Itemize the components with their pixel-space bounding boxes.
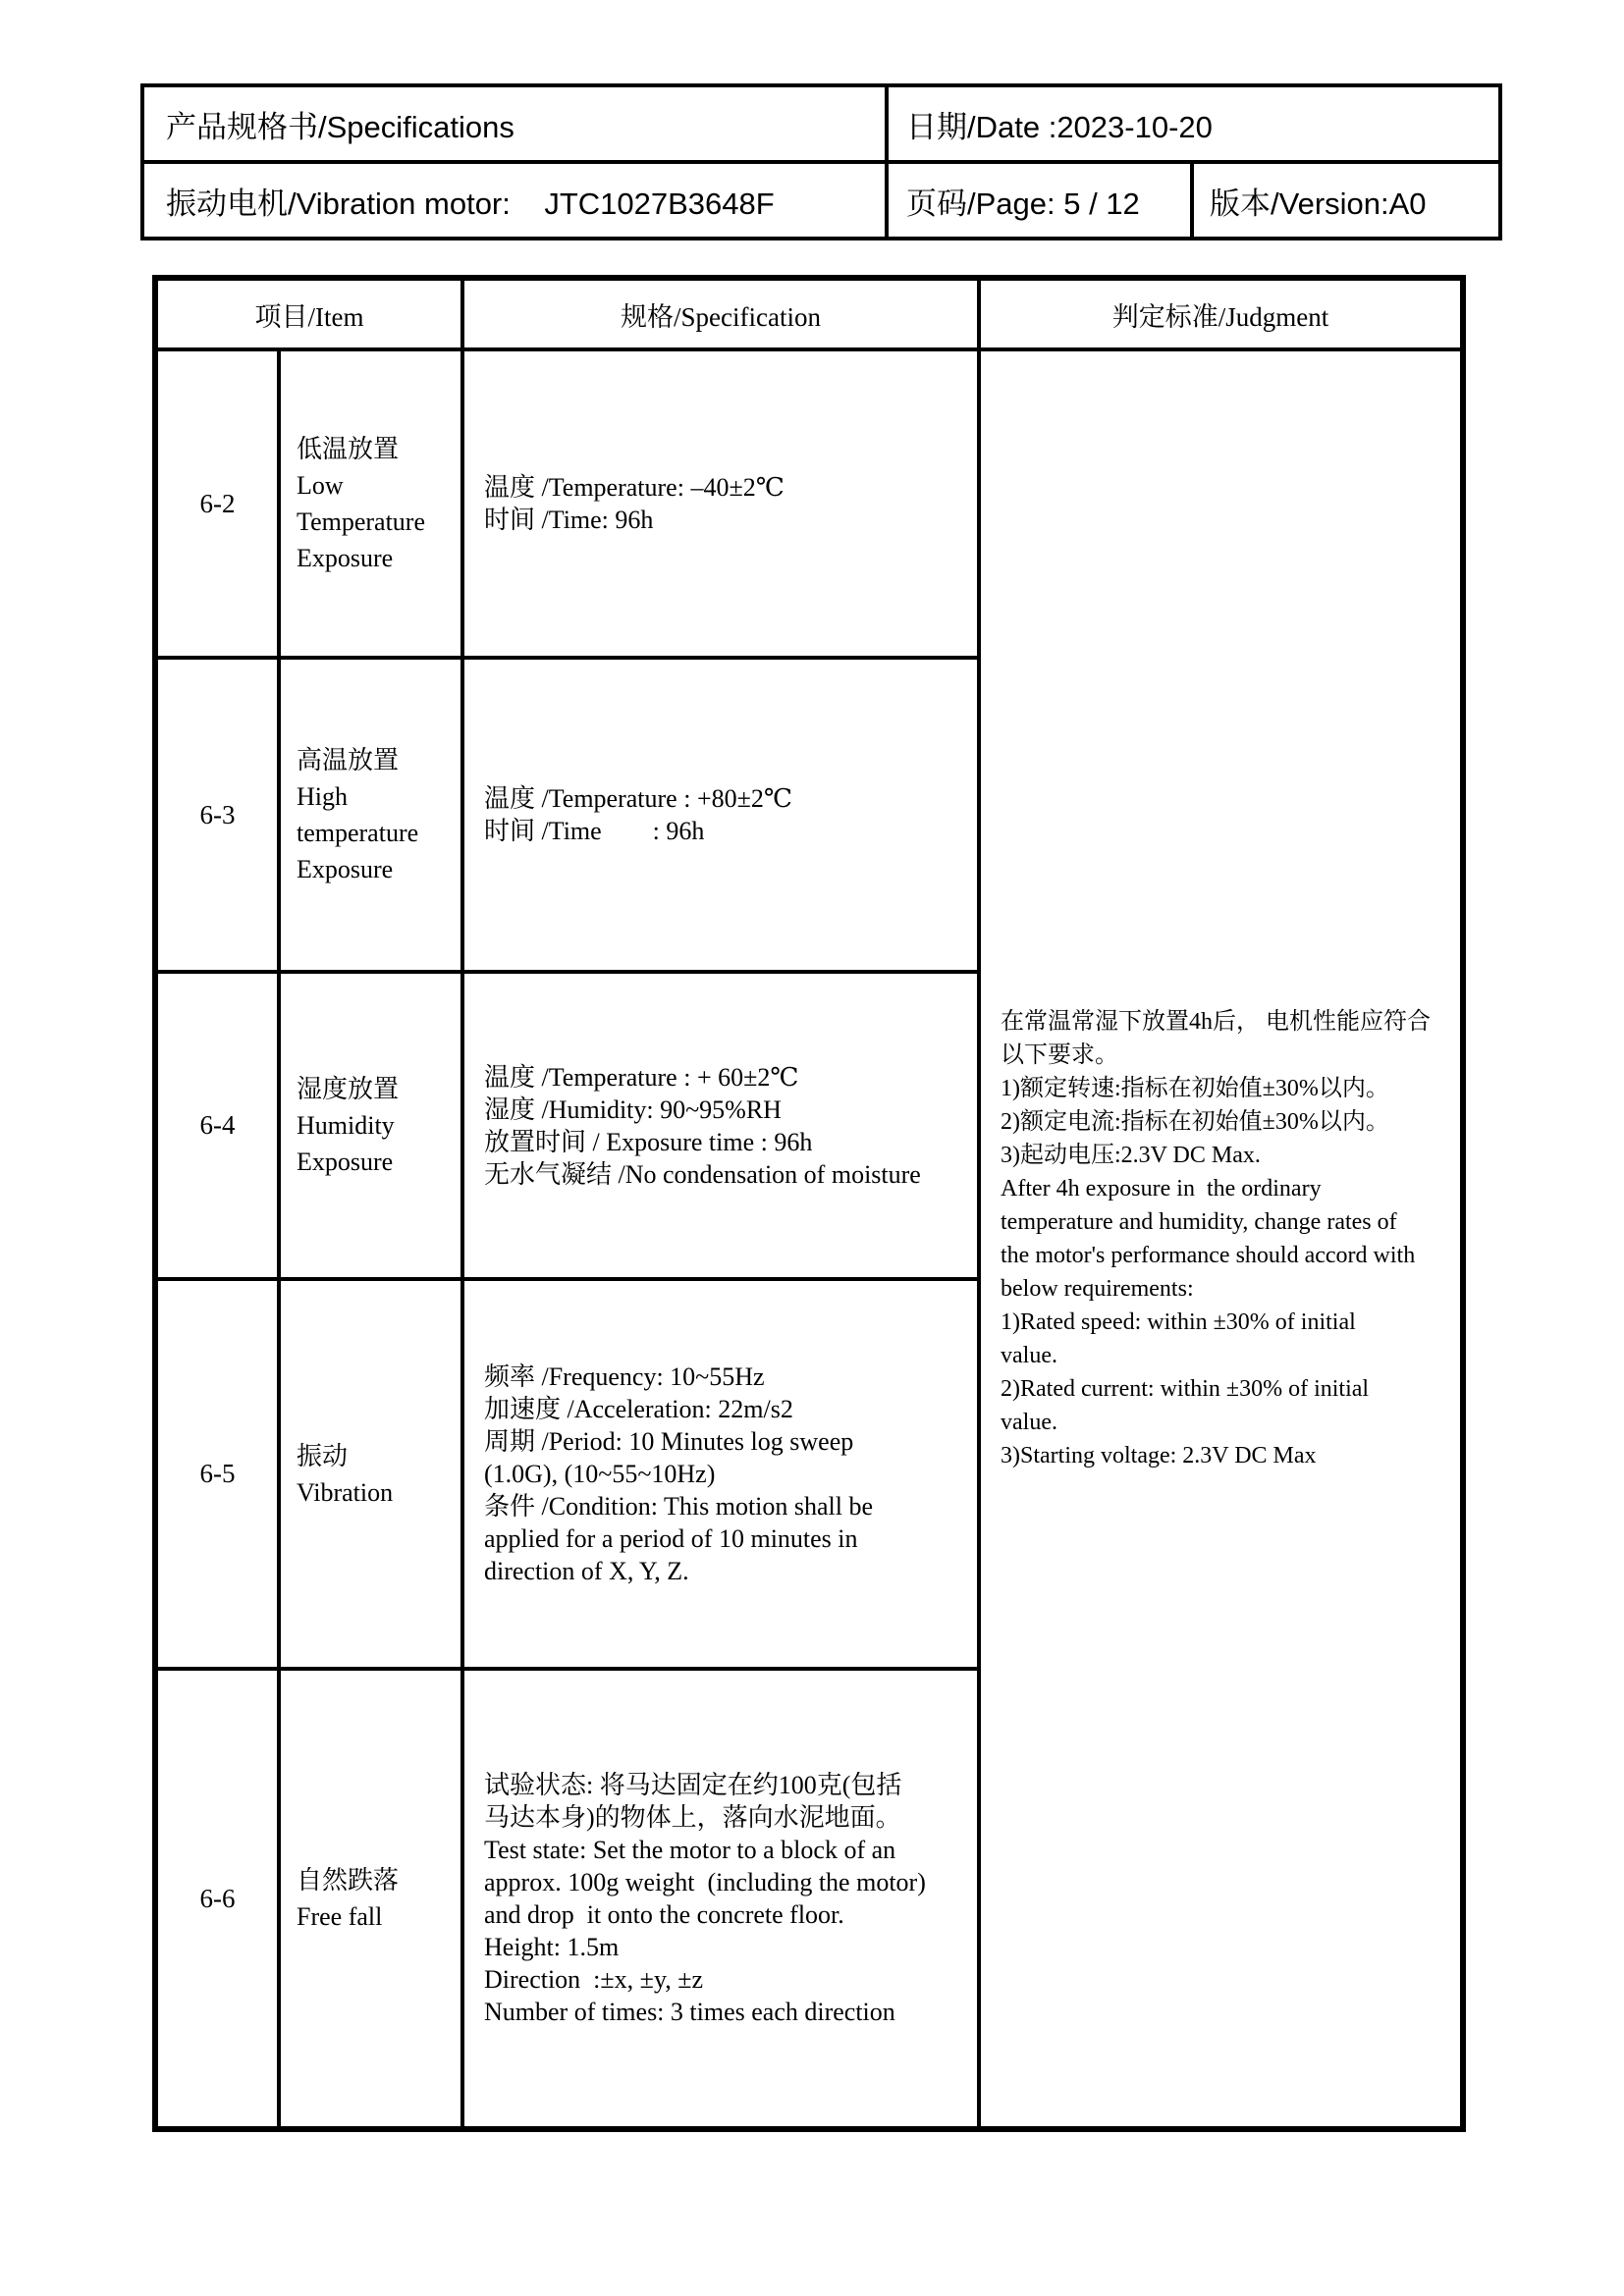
item-spec-6-6: 试验状态: 将马达固定在约100克(包括 马达本身)的物体上，落向水泥地面。 T… <box>464 1671 981 2126</box>
item-name-6-4: 湿度放置 Humidity Exposure <box>281 974 464 1281</box>
judgment-text: 在常温常湿下放置4h后， 电机性能应符合 以下要求。 1)额定转速:指标在初始值… <box>981 351 1460 2126</box>
item-code-6-3: 6-3 <box>158 660 281 974</box>
header-row-1: 产品规格书/Specifications 日期/Date :2023-10-20 <box>144 87 1498 164</box>
document-title: 产品规格书/Specifications <box>144 87 889 160</box>
column-header-item: 项目/Item <box>158 281 464 351</box>
column-header-specification: 规格/Specification <box>464 281 981 351</box>
item-code-6-2: 6-2 <box>158 351 281 660</box>
document-version: 版本/Version:A0 <box>1194 164 1498 237</box>
header-row-2: 振动电机/Vibration motor: JTC1027B3648F 页码/P… <box>144 164 1498 237</box>
document-date: 日期/Date :2023-10-20 <box>889 87 1498 160</box>
item-name-6-3: 高温放置 High temperature Exposure <box>281 660 464 974</box>
product-model: 振动电机/Vibration motor: JTC1027B3648F <box>144 164 889 237</box>
item-name-6-2: 低温放置 Low Temperature Exposure <box>281 351 464 660</box>
item-name-6-6: 自然跌落 Free fall <box>281 1671 464 2126</box>
document-page: 产品规格书/Specifications 日期/Date :2023-10-20… <box>0 0 1624 2296</box>
document-header-table: 产品规格书/Specifications 日期/Date :2023-10-20… <box>140 83 1502 240</box>
item-name-6-5: 振动 Vibration <box>281 1281 464 1671</box>
item-spec-6-3: 温度 /Temperature : +80±2℃ 时间 /Time : 96h <box>464 660 981 974</box>
item-code-6-4: 6-4 <box>158 974 281 1281</box>
item-spec-6-2: 温度 /Temperature: –40±2℃ 时间 /Time: 96h <box>464 351 981 660</box>
item-spec-6-4: 温度 /Temperature : + 60±2℃ 湿度 /Humidity: … <box>464 974 981 1281</box>
column-header-judgment: 判定标准/Judgment <box>981 281 1460 351</box>
item-spec-6-5: 频率 /Frequency: 10~55Hz 加速度 /Acceleration… <box>464 1281 981 1671</box>
item-code-6-5: 6-5 <box>158 1281 281 1671</box>
specification-table: 项目/Item 规格/Specification 判定标准/Judgment 在… <box>152 275 1466 2132</box>
item-code-6-6: 6-6 <box>158 1671 281 2126</box>
page-number: 页码/Page: 5 / 12 <box>889 164 1194 237</box>
